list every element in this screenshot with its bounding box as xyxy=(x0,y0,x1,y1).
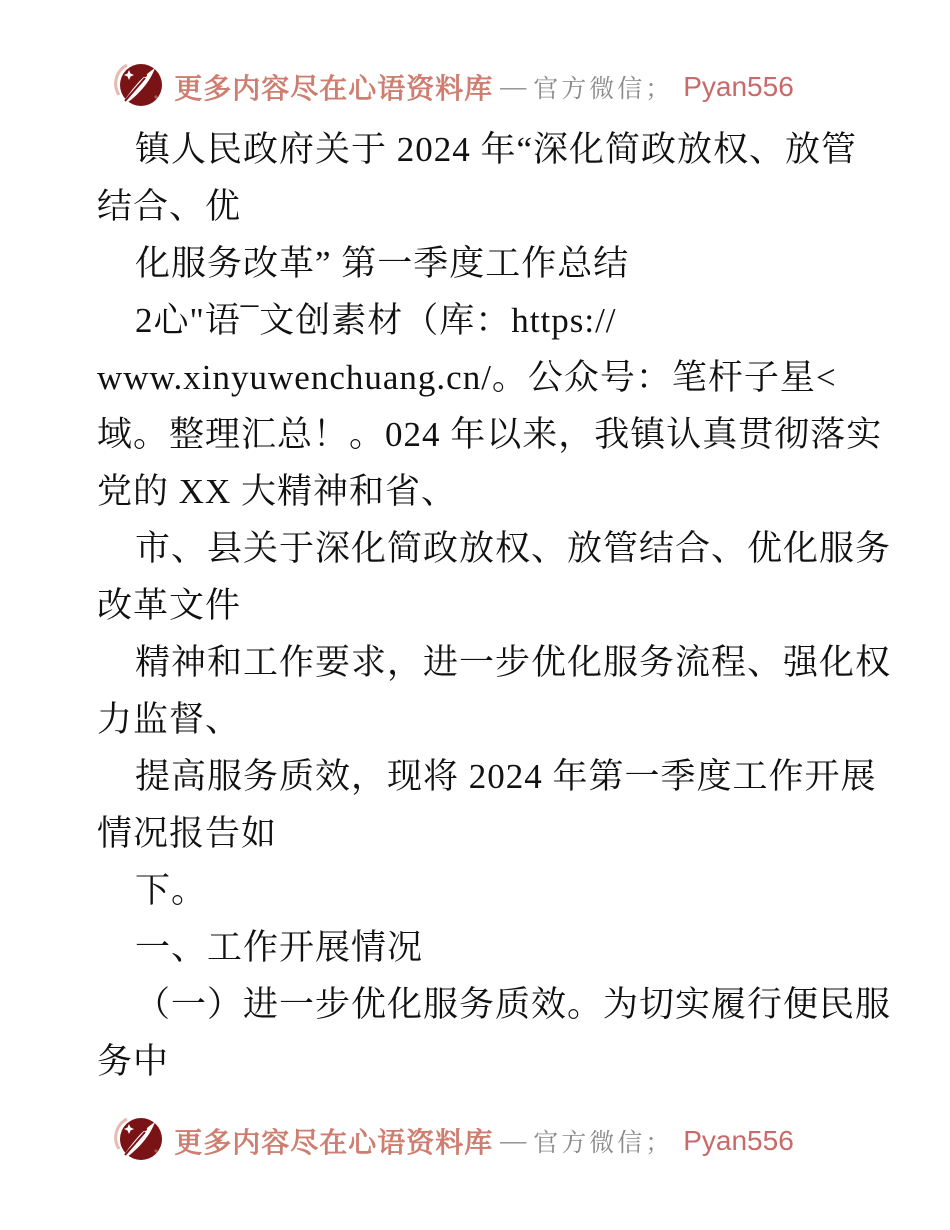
document-body: 镇人民政府关于 2024 年“深化简政放权、放管 结合、优 化服务改革” 第一季… xyxy=(97,121,910,1090)
watermark-wechat-label: 官方微信； xyxy=(533,69,673,105)
text-line-body-4: 改革文件 xyxy=(97,577,910,634)
text-line-title-1: 镇人民政府关于 2024 年“深化简政放权、放管 xyxy=(97,121,910,178)
header-watermark: 更多内容尽在心语资料库 — 官方微信； Pyan556 xyxy=(0,58,928,116)
text-line-source-url: www.xinyuwenchuang.cn/。公众号：笔杆子星< xyxy=(97,349,910,406)
watermark-wechat-label: 官方微信； xyxy=(533,1123,673,1159)
text-line-body-8: 情况报告如 xyxy=(97,805,910,862)
text-line-source-1: 2心"语¯文创素材（库：https:// xyxy=(97,292,910,349)
text-line-body-2: 党的 XX 大精神和省、 xyxy=(97,463,910,520)
text-line-body-9: 下。 xyxy=(97,862,910,919)
text-line-body-7: 提高服务质效，现将 2024 年第一季度工作开展 xyxy=(97,748,910,805)
text-line-body-3: 市、县关于深化简政放权、放管结合、优化服务 xyxy=(97,520,910,577)
watermark-wechat-id: Pyan556 xyxy=(683,1125,794,1157)
text-line-heading-1: 一、工作开展情况 xyxy=(97,919,910,976)
text-line-body-1: 域。整理汇总！。024 年以来，我镇认真贯彻落实 xyxy=(97,406,910,463)
text-line-sub-2: 务中 xyxy=(97,1033,910,1090)
pen-nib-circle-icon xyxy=(112,59,164,116)
text-line-body-5: 精神和工作要求，进一步优化服务流程、强化权 xyxy=(97,634,910,691)
footer-watermark: 更多内容尽在心语资料库 — 官方微信； Pyan556 xyxy=(0,1112,928,1170)
text-line-body-6: 力监督、 xyxy=(97,691,910,748)
document-page: 更多内容尽在心语资料库 — 官方微信； Pyan556 镇人民政府关于 2024… xyxy=(0,0,950,1230)
text-line-title-2: 结合、优 xyxy=(97,178,910,235)
pen-nib-circle-icon xyxy=(112,1113,164,1170)
text-line-sub-1: （一）进一步优化服务质效。为切实履行便民服 xyxy=(97,976,910,1033)
watermark-brand-text: 更多内容尽在心语资料库 xyxy=(174,67,493,107)
watermark-dash: — xyxy=(500,72,526,102)
watermark-wechat-id: Pyan556 xyxy=(683,71,794,103)
watermark-dash: — xyxy=(500,1126,526,1156)
text-line-title-3: 化服务改革” 第一季度工作总结 xyxy=(97,235,910,292)
watermark-brand-text: 更多内容尽在心语资料库 xyxy=(174,1121,493,1161)
